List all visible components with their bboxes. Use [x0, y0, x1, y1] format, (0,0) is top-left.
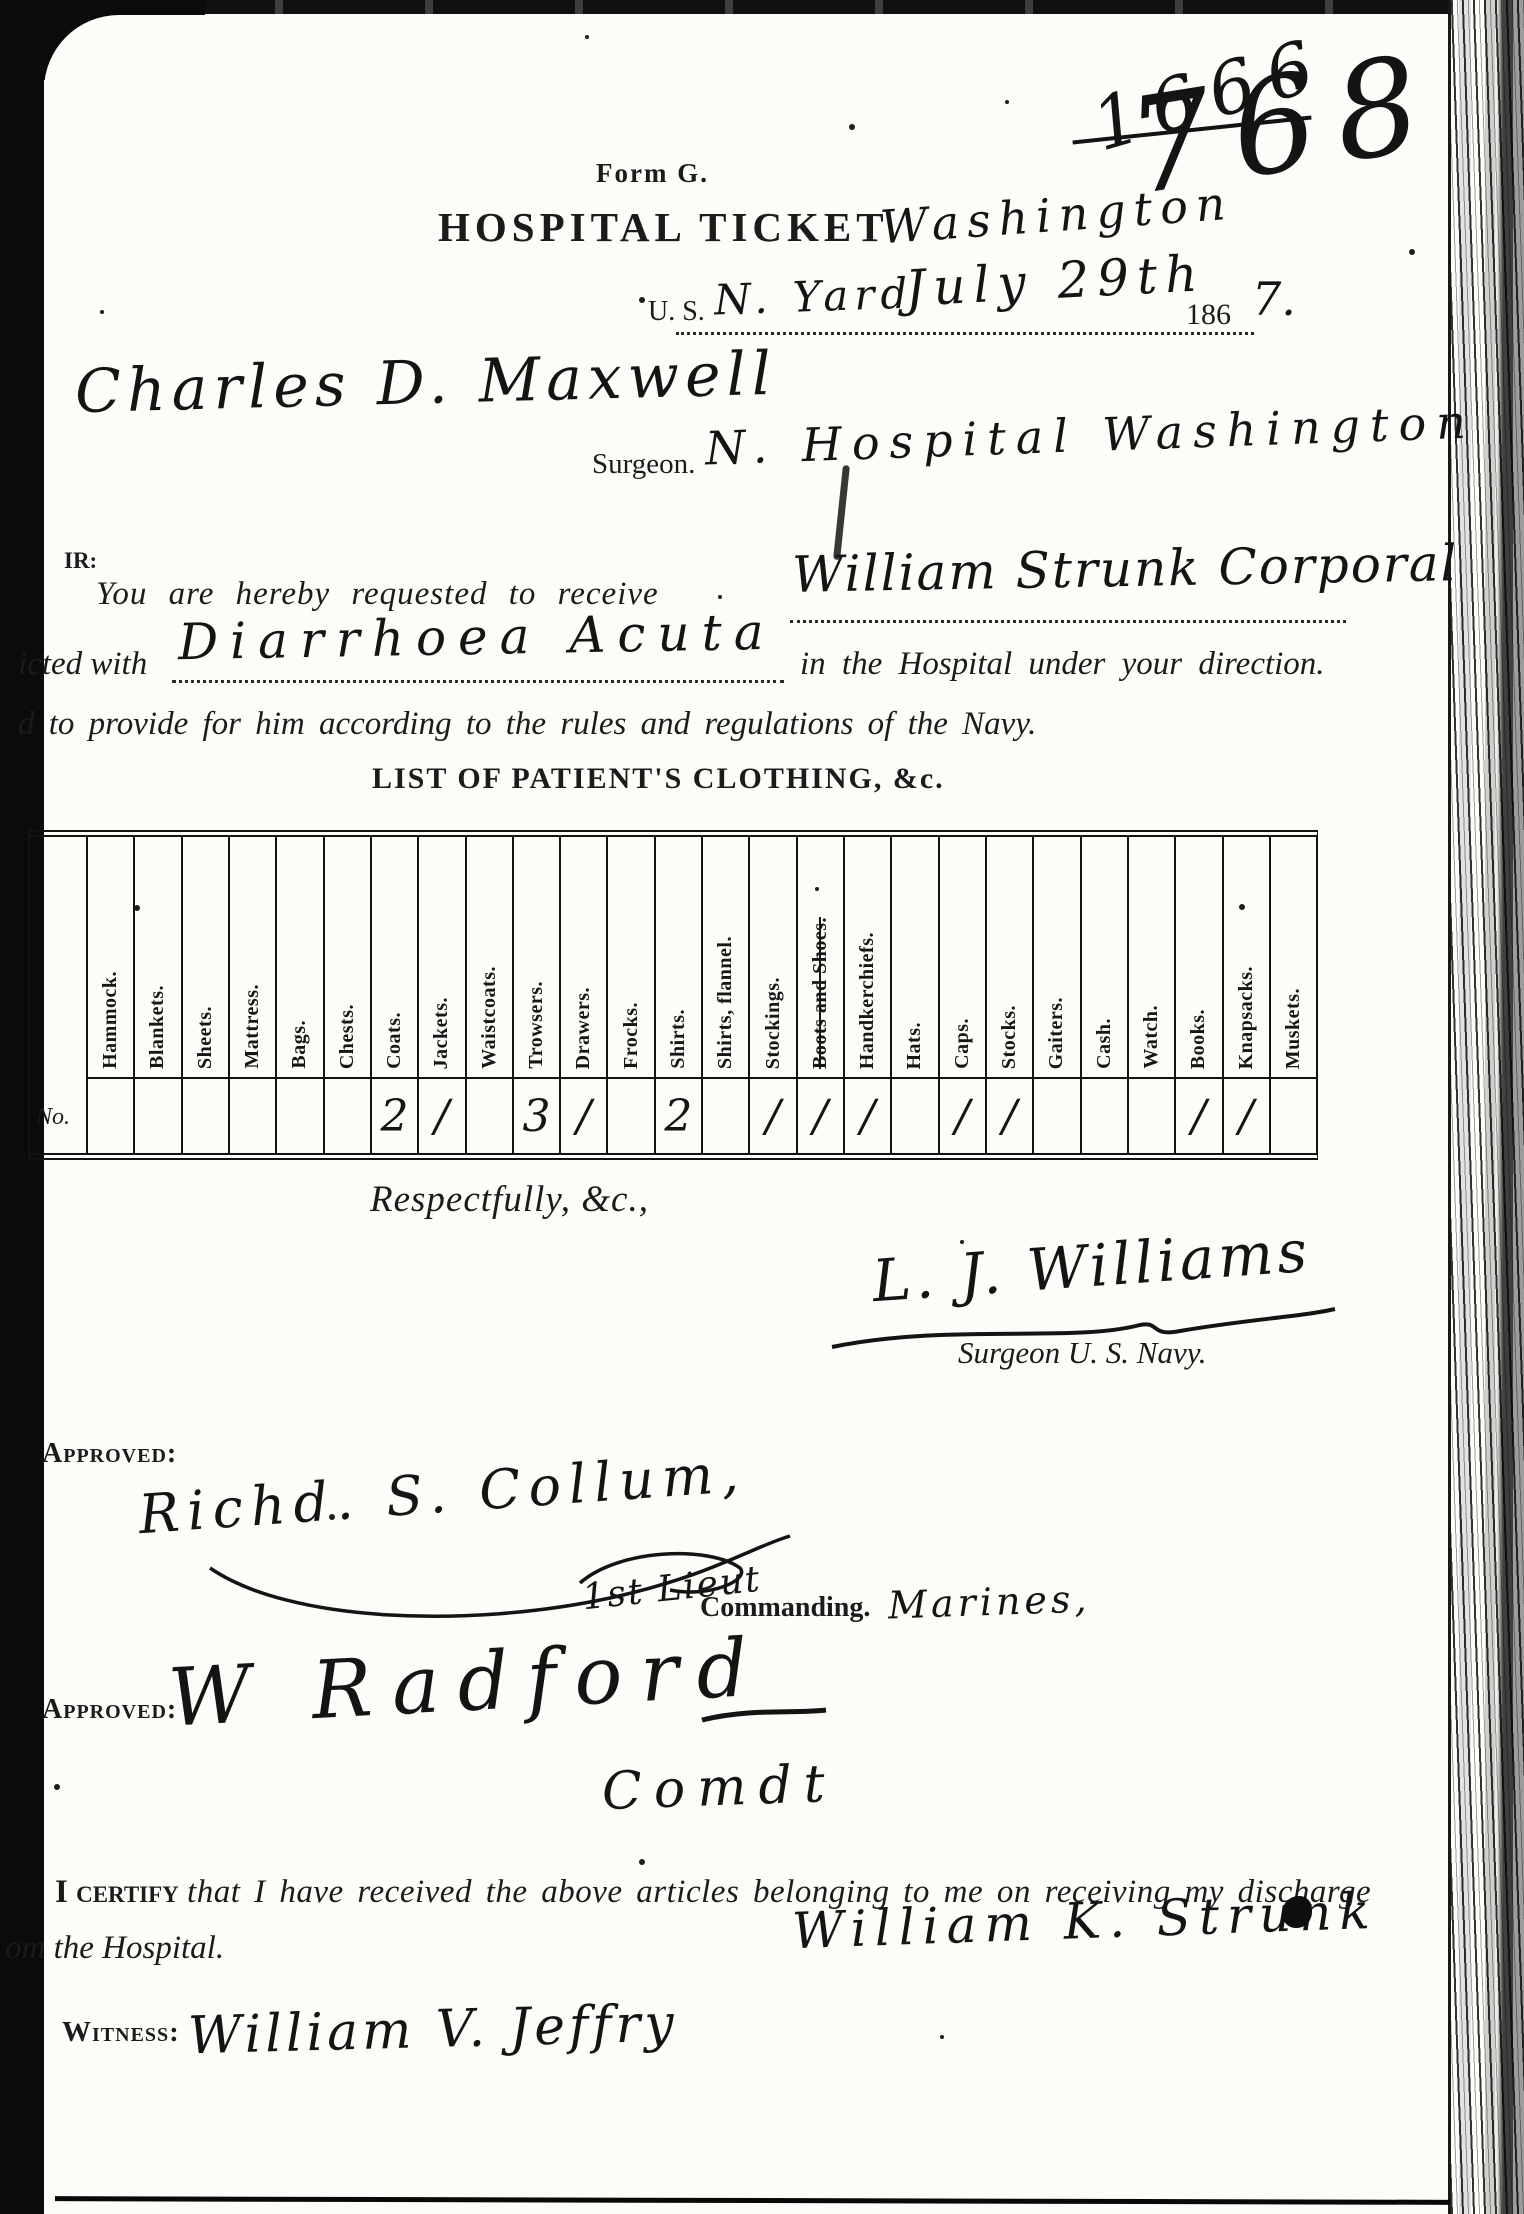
clothing-column: Sheets. [181, 837, 228, 1153]
diagnosis-handwritten: Diarrhoea Acuta [178, 603, 776, 671]
column-label: Sheets. [194, 1006, 217, 1069]
approval-rank-printed-1: Commanding. [700, 1592, 870, 1624]
clothing-column: Hammock. [86, 837, 133, 1153]
scan-bottom-edge [55, 2196, 1450, 2205]
column-value: / [561, 1077, 606, 1153]
column-value [703, 1077, 748, 1153]
column-value: / [798, 1077, 843, 1153]
column-label: Caps. [951, 1018, 974, 1069]
clothing-column: Drawers. / [559, 837, 606, 1153]
column-label: Mattress. [241, 984, 264, 1069]
column-value: 2 [372, 1077, 417, 1153]
witness-label: Witness: [62, 2016, 180, 2049]
column-label: Shirts, flannel. [714, 936, 737, 1069]
scan-top-edge [205, 0, 1450, 14]
surgeon-title: Surgeon U. S. Navy. [958, 1335, 1207, 1371]
clothing-column: Caps. / [938, 837, 985, 1153]
respectfully-line: Respectfully, &c., [370, 1178, 649, 1221]
date-year-printed: 186 [1186, 298, 1231, 332]
column-label: Handkerchiefs. [856, 932, 879, 1069]
clothing-column: Frocks. [606, 837, 653, 1153]
clothing-column: Handkerchiefs. / [843, 837, 890, 1153]
certification-line-2: om the Hospital. [5, 1930, 224, 1967]
addressee-name: Charles D. Maxwell [74, 339, 778, 427]
page-title: HOSPITAL TICKET [438, 203, 889, 251]
column-value [325, 1077, 370, 1153]
clothing-column: Shirts. 2 [654, 837, 701, 1153]
column-value [230, 1077, 275, 1153]
column-label: Blankets. [146, 985, 169, 1069]
approved-label-2: Approved: [42, 1694, 177, 1726]
column-label: Coats. [383, 1012, 406, 1069]
column-value: / [1176, 1077, 1221, 1153]
column-label: Books. [1187, 1009, 1210, 1069]
column-label: Knapsacks. [1235, 966, 1258, 1069]
column-value [135, 1077, 180, 1153]
column-label: Hammock. [99, 971, 122, 1069]
date-day-handwritten: July 29th [904, 244, 1207, 318]
column-label: Stocks. [998, 1005, 1021, 1069]
clothing-list-title: LIST OF PATIENT'S CLOTHING, &c. [372, 762, 945, 796]
clothing-column: Trowsers. 3 [512, 837, 559, 1153]
column-value: / [987, 1077, 1032, 1153]
table-row-label-cell: No. [30, 837, 86, 1153]
column-value [892, 1077, 937, 1153]
column-value [88, 1077, 133, 1153]
column-value: / [1224, 1077, 1269, 1153]
column-label: Drawers. [572, 987, 595, 1069]
title-location-handwritten: Washington [879, 176, 1235, 255]
column-value [467, 1077, 512, 1153]
clothing-column: Shirts, flannel. [701, 837, 748, 1153]
page-corner [44, 15, 374, 165]
clothing-column: Watch. [1127, 837, 1174, 1153]
noise-specks [585, 35, 589, 39]
table-row-label: No. [36, 1104, 70, 1131]
column-label: Hats. [903, 1022, 926, 1070]
clothing-column: Waistcoats. [465, 837, 512, 1153]
book-binding-edge [1448, 0, 1524, 2214]
column-value: 3 [514, 1077, 559, 1153]
clothing-column: Knapsacks. / [1222, 837, 1269, 1153]
affliction-suffix: in the Hospital under your direction. [800, 646, 1325, 683]
clothing-table: No. Hammock. Blankets. Sheets. Mattress.… [28, 830, 1318, 1160]
clothing-column: Blankets. [133, 837, 180, 1153]
radford-signature-flourish [700, 1700, 830, 1730]
clothing-column: Muskets. [1269, 837, 1316, 1153]
column-value [608, 1077, 653, 1153]
column-value [1034, 1077, 1079, 1153]
column-value [1129, 1077, 1174, 1153]
approval-title-comdt: Comdt [601, 1754, 838, 1822]
clothing-column: Jackets. / [417, 837, 464, 1153]
clothing-column: Stocks. / [985, 837, 1032, 1153]
hospital-ticket-document: 1666 768 Form G. HOSPITAL TICKET Washing… [0, 0, 1524, 2214]
column-label: Waistcoats. [478, 966, 501, 1069]
approval-unit-handwritten-1: Marines, [887, 1576, 1091, 1627]
column-label: Gaiters. [1045, 997, 1068, 1069]
clothing-column: Bags. [275, 837, 322, 1153]
form-label: Form G. [596, 158, 709, 189]
column-label: Jackets. [430, 997, 453, 1069]
column-label: Frocks. [620, 1002, 643, 1069]
column-value [183, 1077, 228, 1153]
clothing-column: Boots and Shoes. / [796, 837, 843, 1153]
approval-signature-radford: W Radford [166, 1620, 768, 1744]
column-value: / [750, 1077, 795, 1153]
clothing-column: Cash. [1080, 837, 1127, 1153]
column-value [1082, 1077, 1127, 1153]
certify-prefix: I certify [55, 1874, 179, 1910]
column-value [277, 1077, 322, 1153]
column-label: Boots and Shoes. [809, 917, 832, 1069]
column-label: Bags. [288, 1020, 311, 1069]
clothing-column: Coats. 2 [370, 837, 417, 1153]
clothing-column: Mattress. [228, 837, 275, 1153]
clothing-column: Hats. [890, 837, 937, 1153]
addressee-station: N. Hospital Washington [704, 395, 1476, 476]
column-value: / [845, 1077, 890, 1153]
salutation: IR: [64, 548, 97, 574]
date-year-handwritten: 7. [1252, 272, 1296, 326]
column-label: Chests. [336, 1004, 359, 1069]
clothing-column: Stockings. / [748, 837, 795, 1153]
date-rule [676, 332, 1254, 335]
affliction-prefix: icted with [18, 646, 147, 683]
column-label: Stockings. [762, 977, 785, 1069]
clothing-column: Books. / [1174, 837, 1221, 1153]
column-value: / [940, 1077, 985, 1153]
witness-signature: William V. Jeffry [187, 1994, 678, 2067]
column-label: Shirts. [667, 1009, 690, 1069]
diagnosis-rule [172, 680, 784, 683]
column-label: Trowsers. [525, 981, 548, 1069]
column-label: Cash. [1093, 1018, 1116, 1069]
date-yard-handwritten: N. Yard [713, 269, 914, 325]
column-value: / [419, 1077, 464, 1153]
column-label: Muskets. [1282, 988, 1305, 1069]
provide-line: d to provide for him according to the ru… [18, 706, 1036, 743]
date-prefix: U. S. [648, 296, 705, 328]
column-value [1271, 1077, 1316, 1153]
column-value: 2 [656, 1077, 701, 1153]
patient-name-handwritten: William Strunk Corporal [792, 534, 1459, 604]
patient-name-rule [790, 620, 1346, 623]
addressee-role: Surgeon. [592, 448, 695, 481]
clothing-column: Gaiters. [1032, 837, 1079, 1153]
column-label: Watch. [1140, 1005, 1163, 1069]
approved-label-1: Approved: [42, 1438, 177, 1470]
ink-blot [1282, 1896, 1312, 1928]
clothing-column: Chests. [323, 837, 370, 1153]
